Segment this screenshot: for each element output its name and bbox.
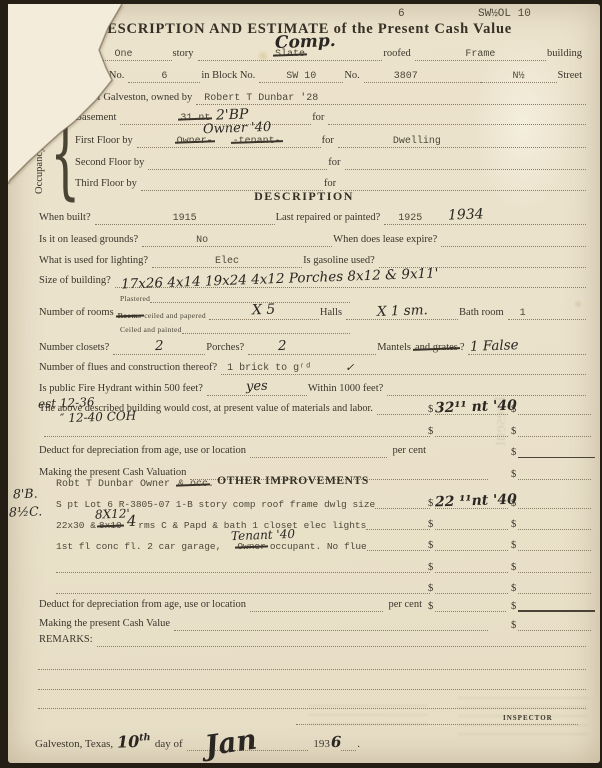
material-field: Frame <box>415 48 546 61</box>
second-floor-row: Second Floor by for <box>74 155 586 170</box>
basement-row: Basement 31 nt 2'BP for <box>74 110 586 125</box>
margin-note-1: 8'B. <box>13 486 38 502</box>
cash-valuation-col2: $ <box>511 465 591 480</box>
lease-expire-field <box>441 246 586 247</box>
rooms-mid-label: ceiled and papered <box>144 311 206 320</box>
porches-handwritten: 2 <box>278 338 287 354</box>
check-mark: ✓ <box>345 361 354 374</box>
when-built-field: 1915 <box>95 212 275 225</box>
blank-line <box>38 694 586 709</box>
rooms-struck-word: Rooms <box>118 311 142 320</box>
year-handwritten: 6 <box>331 733 342 751</box>
improvements-owner-typed: Robt T Dunbar Owner <box>56 479 170 491</box>
size-row: Size of building? 17x26 4x14 19x24 4x12 … <box>38 273 586 288</box>
improvement2-col2-line <box>518 529 591 530</box>
roofed-label: roofed <box>382 48 411 61</box>
improvements-deduct-col2: $ <box>511 597 595 612</box>
story-label: story <box>172 48 195 61</box>
improvement4-col2: $ <box>511 558 591 573</box>
lease-expire-label: When does lease expire? <box>332 234 438 247</box>
size-field: 17x26 4x14 19x24 4x12 Porches 8x12 & 9x1… <box>115 271 586 288</box>
cost-col2-line <box>518 414 591 415</box>
porches-label: Porches? <box>205 342 245 355</box>
dollar-sign: $ <box>511 469 516 480</box>
porches-field: 2 <box>248 338 376 355</box>
deduct-col2: $ <box>511 443 595 458</box>
street-label: Street <box>557 70 584 83</box>
basement-use-field <box>328 124 586 125</box>
when-built-row: When built? 1915 Last repaired or painte… <box>38 210 586 225</box>
cost2-col2: $ <box>511 422 591 437</box>
repaired-typed-value: 1925 <box>398 213 422 225</box>
ceiled-painted-label: Ceiled and painted <box>120 325 182 334</box>
improvement2-col1: $ <box>428 515 508 530</box>
size-handwritten: 17x26 4x14 19x24 4x12 Porches 8x12 & 9x1… <box>121 265 439 292</box>
cost-dots <box>377 414 430 415</box>
remarks-field <box>97 646 586 647</box>
month-handwritten: Jan <box>203 723 259 763</box>
first-floor-row: First Floor by Owner- -tenant- Owner '40… <box>74 133 586 148</box>
improvement2-col2: $ <box>511 515 591 530</box>
page-number: 6 <box>398 5 405 20</box>
improvement3-col2-line <box>518 550 591 551</box>
improvement1-col2-line <box>518 508 591 509</box>
cost2-col1: $ <box>428 422 508 437</box>
when-built-value: 1915 <box>173 213 197 225</box>
leased-label: Is it on leased grounds? <box>38 234 139 247</box>
deduct-label: Deduct for depreciation from age, use or… <box>38 445 247 458</box>
halls-label: Halls <box>319 307 343 320</box>
improvement-row2-pre: 22x30 & <box>56 520 96 531</box>
lighting-field: Elec <box>152 255 302 268</box>
closets-label: Number closets? <box>38 342 110 355</box>
street-prefix-value: N½ <box>512 71 524 83</box>
dollar-sign: $ <box>428 519 433 530</box>
improvements-cash-value-col2-line <box>518 630 591 631</box>
first-floor-field: Owner- -tenant- Owner '40 <box>137 135 321 148</box>
improvements-deduct-col2-line <box>518 610 595 612</box>
improvement-row2-handwritten: 4 <box>126 512 136 530</box>
improvement-row-4 <box>56 558 430 573</box>
improvement3-col1-line <box>435 550 508 551</box>
block-field: SW 10 <box>259 70 343 83</box>
improvement-row1-dots <box>375 508 430 509</box>
lot-value: 6 <box>161 71 167 83</box>
rooms-row: Number of rooms Rooms ceiled and papered… <box>38 305 586 320</box>
improvement-row4-dots <box>56 572 430 573</box>
first-floor-struck-owner: Owner- <box>177 136 213 148</box>
dollar-sign: $ <box>428 601 433 612</box>
cash-valuation-col2-line <box>518 479 591 480</box>
place-label: Galveston, Texas, <box>34 738 114 751</box>
improvement-row-5 <box>56 579 430 594</box>
house-no-field: 3807 <box>364 70 481 83</box>
size-label: Size of building? <box>38 275 112 288</box>
remarks-row: REMARKS: <box>38 632 586 647</box>
page-number-value: 6 <box>398 8 405 21</box>
per-cent-label: per cent <box>387 599 423 612</box>
improvements-deduct-col1-line <box>435 611 506 612</box>
lighting-value: Elec <box>215 256 239 268</box>
when-built-label: When built? <box>38 212 92 225</box>
cost-handwritten-amount: 32¹¹ nt '40 <box>435 398 517 417</box>
block-value: SW 10 <box>286 71 316 83</box>
hydrant-row: Is public Fire Hydrant within 500 feet? … <box>38 381 586 396</box>
mantels-field: 1 False <box>468 338 586 355</box>
improvement-row-3: 1st fl conc fl. 2 car garage, Owner Tena… <box>56 536 430 551</box>
improvement4-col1-line <box>435 572 508 573</box>
owner-field: Robert T Dunbar '28 <box>196 92 586 105</box>
street-prefix-field: N½ <box>481 70 557 83</box>
ceiled-painted-field <box>182 333 350 334</box>
hydrant-field: yes <box>207 379 307 396</box>
dollar-sign: $ <box>511 498 516 509</box>
cost2-col2-line <box>518 436 591 437</box>
closets-row: Number closets? 2 Porches? 2 Mantels and… <box>38 340 586 355</box>
improvements-cash-value-label: Making the present Cash Value <box>38 618 171 631</box>
first-floor-use-field: Dwelling <box>338 135 586 148</box>
plat-code-value: SW½OL 10 <box>478 8 531 21</box>
day-of-label: day of <box>154 738 184 751</box>
dollar-sign: $ <box>511 404 516 415</box>
improvement5-col1-line <box>435 593 508 594</box>
for-label: for <box>321 135 335 148</box>
improvement5-col2-line <box>518 593 591 594</box>
closets-field: 2 <box>113 338 205 355</box>
improvement5-col1: $ <box>428 579 508 594</box>
page-fold <box>8 4 126 197</box>
plat-code: SW½OL 10 <box>478 5 531 20</box>
dollar-sign: $ <box>511 519 516 530</box>
dollar-sign: $ <box>428 583 433 594</box>
hydrant-label: Is public Fire Hydrant within 500 feet? <box>38 383 204 396</box>
halls-handwritten: X 1 sm. <box>376 302 427 320</box>
other-improvements-header: OTHER IMPROVEMENTS <box>208 475 378 487</box>
improvements-deduct-label: Deduct for depreciation from age, use or… <box>38 599 247 612</box>
halls-field: X 1 sm. <box>346 303 458 320</box>
improvements-cash-value-row: Making the present Cash Value <box>38 616 488 631</box>
improvement2-col1-line <box>435 529 508 530</box>
blank-line <box>38 655 586 670</box>
dateline-row: Galveston, Texas, 10th day of Jan 193 6 … <box>34 734 364 751</box>
material-value: Frame <box>465 49 495 61</box>
improvements-owner-row: Robt T Dunbar Owner & occ . <box>56 475 214 490</box>
improvement-row5-dots <box>56 593 430 594</box>
leased-grounds-row: Is it on leased grounds? No When does le… <box>38 232 586 247</box>
second-floor-field <box>148 169 327 170</box>
improvement-row3-post: occupant. No flue <box>270 541 367 552</box>
dollar-sign: $ <box>511 447 516 458</box>
mantels-struck-words: and grates <box>415 342 458 355</box>
rooms-handwritten: X 5 <box>252 302 276 320</box>
closets-handwritten: 2 <box>155 338 164 354</box>
improvement4-col2-line <box>518 572 591 573</box>
second-floor-use-field <box>345 169 586 170</box>
first-floor-handwritten: Owner '40 <box>203 120 272 138</box>
inspector-line-dots <box>296 724 578 725</box>
deduct-row: Deduct for depreciation from age, use or… <box>38 443 430 458</box>
ceiled-painted-row: Ceiled and painted <box>120 324 350 334</box>
deduct-col2-line <box>518 457 595 458</box>
flues-value: 1 brick to gʳᵈ <box>227 363 311 375</box>
mantels-handwritten: 1 False <box>469 337 518 355</box>
cost-col1-line: 32¹¹ nt '40 <box>435 414 508 415</box>
roof-type-field: Slate Comp. <box>198 48 383 61</box>
day-number: 10 <box>117 732 140 752</box>
dollar-sign: $ <box>428 498 433 509</box>
leased-field: No <box>142 234 332 247</box>
flues-label: Number of flues and construction thereof… <box>38 362 218 375</box>
block-label: in Block No. <box>200 70 256 83</box>
roof-handwritten: Comp. <box>275 31 336 53</box>
improvements-deduct-col1: $ <box>428 597 506 612</box>
blank-line <box>38 675 586 690</box>
margin-note-2: 8½C. <box>9 503 43 519</box>
improvement5-col2: $ <box>511 579 591 594</box>
dollar-sign: $ <box>511 540 516 551</box>
flues-row: Number of flues and construction thereof… <box>38 360 586 375</box>
cost2-col1-line <box>435 436 508 437</box>
flues-field: 1 brick to gʳᵈ ✓ <box>221 361 586 375</box>
remarks-label: REMARKS: <box>38 634 94 647</box>
improvement-row3-pre: 1st fl conc fl. 2 car garage, <box>56 541 221 552</box>
improvement1-col1-line: 22 ¹¹nt '40 <box>435 508 508 509</box>
for-label: for <box>311 112 325 125</box>
repaired-field: 1925 1934 <box>384 207 586 225</box>
gasoline-label: Is gasoline used? <box>302 255 376 268</box>
page-fold-shape <box>8 4 126 192</box>
rooms-label: Number of rooms <box>38 307 115 320</box>
per-cent-label: per cent <box>391 445 427 458</box>
inspector-label: INSPECTOR <box>503 714 553 722</box>
improvement1-handwritten-amount: 22 ¹¹nt '40 <box>435 492 517 511</box>
cost-col1: $ 32¹¹ nt '40 <box>428 400 508 415</box>
dollar-sign: $ <box>511 583 516 594</box>
blank-line-dots <box>38 689 586 690</box>
day-handwritten: 10th <box>117 731 151 751</box>
lot-field: 6 <box>128 70 200 83</box>
day-suffix: th <box>139 732 151 743</box>
dollar-sign: $ <box>511 601 516 612</box>
leased-value: No <box>196 235 208 247</box>
improvement-row2-dots <box>366 529 430 530</box>
cost-row-2 <box>44 422 430 437</box>
dollar-sign: $ <box>511 562 516 573</box>
improvement3-col2: $ <box>511 536 591 551</box>
improvements-deduct-row: Deduct for depreciation from age, use or… <box>38 597 426 612</box>
rooms-field: X 5 <box>209 302 319 320</box>
improvement-row2-struck: 8x10 8X12' <box>99 520 122 531</box>
building-label: building <box>546 48 583 61</box>
improvements-cash-value-col2: $ <box>511 616 591 631</box>
improvement1-col2: $ <box>511 494 591 509</box>
improvement-row3-struck: Owner Tenant '40 <box>237 541 266 552</box>
improvement1-col1: $ 22 ¹¹nt '40 <box>428 494 508 509</box>
bath-label: Bath room <box>458 307 505 320</box>
dateline-period: . <box>356 738 361 751</box>
house-no-label: No. <box>343 70 360 83</box>
year-printed: 193 <box>312 738 331 751</box>
for-label: for <box>327 157 341 170</box>
improvement-row3-dots <box>367 550 430 551</box>
cost-interline-note-2: ″ 12-40 COH <box>60 409 137 426</box>
hydrant-handwritten: yes <box>246 379 268 395</box>
cost-row2-dots <box>44 436 430 437</box>
owner-value: Robert T Dunbar '28 <box>204 93 318 105</box>
hydrant-1000-label: Within 1000 feet? <box>307 383 384 396</box>
bath-value: 1 <box>520 308 526 320</box>
improvement-row2-handwritten-above: 8X12' <box>95 506 130 522</box>
dollar-sign: $ <box>511 620 516 631</box>
house-no-value: 3807 <box>394 71 418 83</box>
improvements-deduct-dots <box>250 611 383 612</box>
dollar-sign: $ <box>428 562 433 573</box>
dollar-sign: $ <box>428 426 433 437</box>
blank-line-dots <box>38 669 586 670</box>
first-floor-struck-tenant: -tenant- <box>233 136 281 148</box>
bath-field: 1 <box>508 307 586 320</box>
plastered-label: Plastered <box>120 294 150 303</box>
improvement3-col1: $ <box>428 536 508 551</box>
improvements-cash-value-dots <box>174 630 488 631</box>
first-floor-use-value: Dwelling <box>393 136 441 148</box>
mantels-label: Mantels <box>376 342 412 355</box>
dollar-sign: $ <box>428 540 433 551</box>
improvements-owner-struck: & occ <box>178 479 208 491</box>
cost-col2: $ <box>511 400 591 415</box>
repaired-handwritten: 1934 <box>448 207 484 225</box>
dollar-sign: $ <box>511 426 516 437</box>
scanned-form-page: Present 6 SW½OL 10 DESCRIPTION AND ESTIM… <box>8 4 600 763</box>
deduct-dots <box>250 457 387 458</box>
cost-interline-note-1: est 12-36 <box>38 395 95 411</box>
lighting-label: What is used for lighting? <box>38 255 149 268</box>
hydrant-1000-field <box>387 395 586 396</box>
dollar-sign: $ <box>428 404 433 415</box>
repaired-label: Last repaired or painted? <box>275 212 382 225</box>
improvement4-col1: $ <box>428 558 508 573</box>
blank-line-dots <box>38 708 586 709</box>
lighting-row: What is used for lighting? Elec Is gasol… <box>38 253 586 268</box>
